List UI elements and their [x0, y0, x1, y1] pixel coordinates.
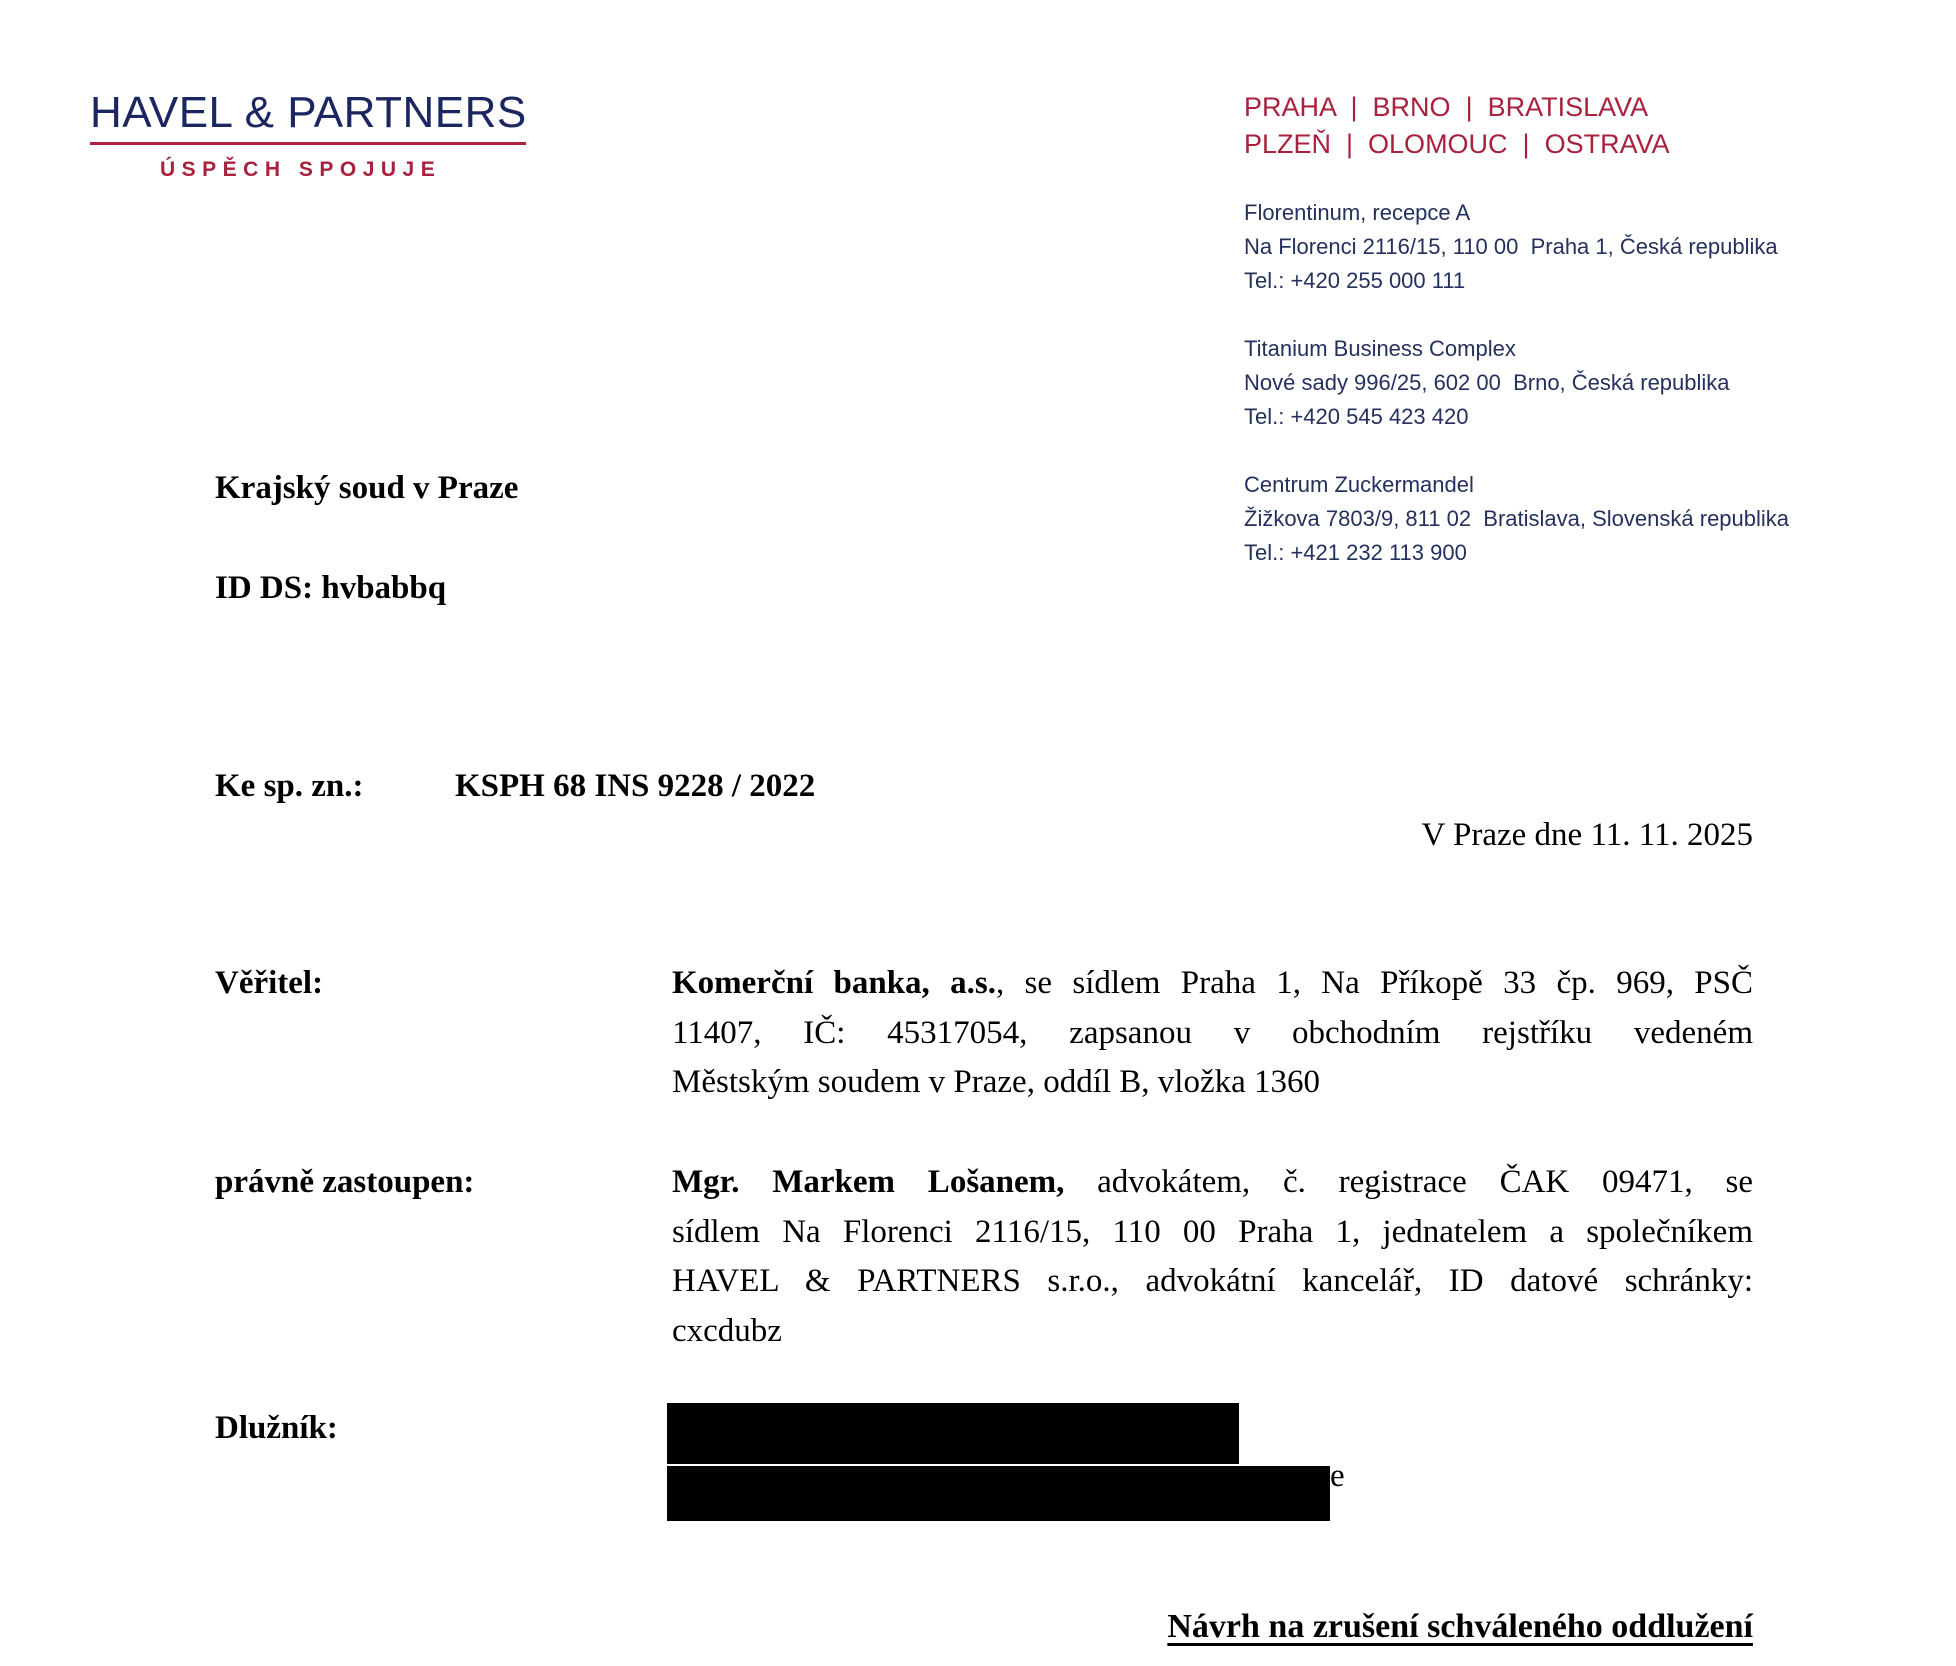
redaction-bar	[667, 1466, 1330, 1521]
logo-divider	[90, 142, 526, 145]
office-cities-line-2: PLZEŇ | OLOMOUC | OSTRAVA	[1244, 129, 1670, 160]
redaction-bar	[667, 1403, 1239, 1464]
office-address: Nové sady 996/25, 602 00 Brno, Česká rep…	[1244, 366, 1730, 400]
creditor-details: Komerční banka, a.s., se sídlem Praha 1,…	[672, 959, 1753, 1108]
office-address: Žižkova 7803/9, 811 02 Bratislava, Slove…	[1244, 502, 1789, 536]
debtor-label: Dlužník:	[215, 1410, 338, 1447]
creditor-line: 11407, IČ: 45317054, zapsanou v obchodní…	[672, 1009, 1753, 1059]
office-name: Centrum Zuckermandel	[1244, 468, 1789, 502]
office-name: Titanium Business Complex	[1244, 332, 1730, 366]
addressee-court: Krajský soud v Praze	[215, 470, 518, 507]
case-reference-number: KSPH 68 INS 9228 / 2022	[455, 768, 815, 805]
office-address: Na Florenci 2116/15, 110 00 Praha 1, Čes…	[1244, 230, 1778, 264]
addressee-data-box-id: ID DS: hvbabbq	[215, 570, 446, 607]
creditor-line: , se sídlem Praha 1, Na Příkopě 33 čp. 9…	[996, 965, 1753, 1001]
representative-line: sídlem Na Florenci 2116/15, 110 00 Praha…	[672, 1208, 1753, 1258]
representative-line: cxcdubz	[672, 1307, 1753, 1357]
representative-line: HAVEL & PARTNERS s.r.o., advokátní kance…	[672, 1257, 1753, 1307]
firm-logo-tagline: ÚSPĚCH SPOJUJE	[160, 158, 441, 182]
representative-name: Mgr. Markem Lošanem,	[672, 1164, 1064, 1200]
representative-line: advokátem, č. registrace ČAK 09471, se	[1064, 1164, 1753, 1200]
creditor-label: Věřitel:	[215, 965, 323, 1002]
debtor-trailing-text: e	[1330, 1458, 1345, 1495]
office-phone: Tel.: +421 232 113 900	[1244, 536, 1789, 570]
creditor-line: Městským soudem v Praze, oddíl B, vložka…	[672, 1058, 1753, 1108]
office-bratislava: Centrum Zuckermandel Žižkova 7803/9, 811…	[1244, 468, 1789, 570]
representative-details: Mgr. Markem Lošanem, advokátem, č. regis…	[672, 1158, 1753, 1356]
office-prague: Florentinum, recepce A Na Florenci 2116/…	[1244, 196, 1778, 298]
office-phone: Tel.: +420 545 423 420	[1244, 400, 1730, 434]
document-title: Návrh na zrušení schváleného oddlužení	[1167, 1608, 1753, 1646]
office-name: Florentinum, recepce A	[1244, 196, 1778, 230]
creditor-name: Komerční banka, a.s.	[672, 965, 996, 1001]
firm-logo-title: HAVEL & PARTNERS	[90, 88, 527, 138]
office-phone: Tel.: +420 255 000 111	[1244, 264, 1778, 298]
office-cities-line-1: PRAHA | BRNO | BRATISLAVA	[1244, 92, 1648, 123]
representative-label: právně zastoupen:	[215, 1164, 474, 1201]
office-brno: Titanium Business Complex Nové sady 996/…	[1244, 332, 1730, 434]
date-line: V Praze dne 11. 11. 2025	[1422, 817, 1753, 854]
case-reference-label: Ke sp. zn.:	[215, 768, 364, 805]
